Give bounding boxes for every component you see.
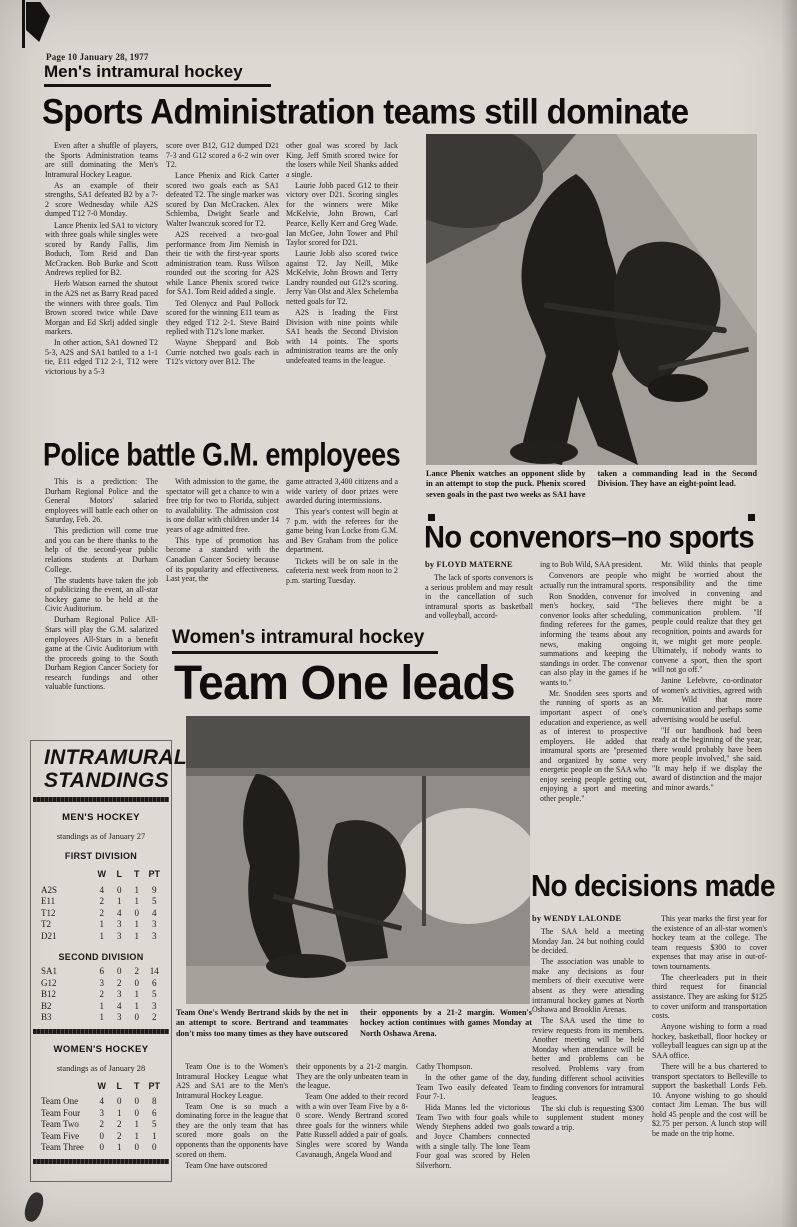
womens-article-col1: Team One is to the Women's Intramural Ho… xyxy=(176,1062,288,1172)
womens-hockey-photo-art xyxy=(186,716,530,1004)
paragraph: Mr. Wild thinks that people might be wor… xyxy=(652,560,762,675)
col-header-t: T xyxy=(128,869,146,881)
paragraph: This is a prediction: The Durham Regiona… xyxy=(45,477,158,525)
paragraph: Mr. Snodden sees sports and the running … xyxy=(540,689,647,804)
paragraph: Team One is to the Women's Intramural Ho… xyxy=(176,1062,288,1100)
paragraph: Janine Lefebvre, co-ordinator of women's… xyxy=(652,676,762,724)
standings-row: T122404 xyxy=(31,908,171,920)
standings-row: Team Four3106 xyxy=(31,1108,171,1120)
decisions-article-col1: by WENDY LALONDE The SAA held a meeting … xyxy=(532,914,644,1134)
stat-value: 0 xyxy=(128,1108,146,1120)
stat-value: 2 xyxy=(111,978,129,990)
paragraph: In the other game of the day, Team Two e… xyxy=(416,1073,530,1102)
standings-header: W L T PT xyxy=(31,1081,171,1093)
stat-value: 6 xyxy=(93,966,111,978)
paragraph: Team One is so much a dominating force i… xyxy=(176,1102,288,1159)
paragraph: "If our handbook had been ready at the b… xyxy=(652,726,762,793)
stat-value: 0 xyxy=(128,1096,146,1108)
standings-row: B122315 xyxy=(31,989,171,1001)
stat-value: 3 xyxy=(111,989,129,1001)
paragraph: The students have taken the job of publi… xyxy=(45,576,158,614)
paragraph: their opponents by a 21-2 margin. They a… xyxy=(296,1062,408,1091)
paragraph: This year's contest will begin at 7 p.m.… xyxy=(286,507,398,555)
stat-value: 6 xyxy=(146,978,164,990)
col-header-w: W xyxy=(93,1081,111,1093)
womens-standings-asof: standings as of January 28 xyxy=(31,1064,171,1073)
stat-value: 2 xyxy=(128,966,146,978)
womens-article-col2: their opponents by a 21-2 margin. They a… xyxy=(296,1062,408,1161)
stat-value: 1 xyxy=(128,896,146,908)
womens-article-col3: Cathy Thompson.In the other game of the … xyxy=(416,1062,530,1172)
mens-article-col3: other goal was scored by Jack King. Jeff… xyxy=(286,141,398,367)
mens-article-col1: Even after a shuffle of players, the Spo… xyxy=(45,141,158,378)
col-header-t: T xyxy=(128,1081,146,1093)
team-name: T12 xyxy=(41,908,93,920)
divider-rule xyxy=(33,1159,169,1164)
standings-title-line1: INTRAMURAL xyxy=(31,747,171,770)
team-name: T2 xyxy=(41,919,93,931)
team-name: Team Five xyxy=(41,1131,93,1143)
team-name: G12 xyxy=(41,978,93,990)
headline-team-one-leads: Team One leads xyxy=(174,654,515,711)
paragraph: The SAA used the time to review requests… xyxy=(532,1016,644,1102)
stat-value: 0 xyxy=(146,1142,164,1154)
second-division-heading: SECOND DIVISION xyxy=(31,952,171,962)
paragraph: Convenors are people who actually run th… xyxy=(540,571,647,590)
stat-value: 4 xyxy=(93,1096,111,1108)
stat-value: 0 xyxy=(111,966,129,978)
headline-police: Police battle G.M. employees xyxy=(43,436,400,474)
paragraph: A2S is leading the First Division with n… xyxy=(286,308,398,365)
byline-floyd-materne: by FLOYD MATERNE xyxy=(425,560,533,570)
paragraph: This type of promotion has become a stan… xyxy=(166,536,279,584)
team-name: Team Three xyxy=(41,1142,93,1154)
stat-value: 0 xyxy=(128,978,146,990)
standings-row: T21313 xyxy=(31,919,171,931)
paragraph: score over B12, G12 dumped D21 7-3 and G… xyxy=(166,141,279,170)
mens-hockey-photo xyxy=(426,134,757,465)
scan-shadow-right xyxy=(781,0,797,1227)
paragraph: The lack of sports convenors is a seriou… xyxy=(425,573,533,621)
team-name: Team One xyxy=(41,1096,93,1108)
stat-value: 3 xyxy=(146,1001,164,1013)
standings-row: B31302 xyxy=(31,1012,171,1024)
col-header-l: L xyxy=(111,1081,129,1093)
paragraph: Lance Phenix led SA1 to victory with thr… xyxy=(45,221,158,278)
standings-row: B21413 xyxy=(31,1001,171,1013)
stat-value: 1 xyxy=(128,885,146,897)
convenors-article-col2: ing to Bob Wild, SAA president.Convenors… xyxy=(540,560,647,805)
police-article-col2: With admission to the game, the spectato… xyxy=(166,477,279,585)
team-name: A2S xyxy=(41,885,93,897)
stat-value: 2 xyxy=(111,1131,129,1143)
decisions-article-col2: This year marks the first year for the e… xyxy=(652,914,767,1140)
standings-row: G123206 xyxy=(31,978,171,990)
paragraph: In other action, SA1 downed T2 5-3, A2S … xyxy=(45,338,158,376)
scan-smudge-bottom-left xyxy=(22,1190,46,1223)
convenors-article-col1: by FLOYD MATERNE The lack of sports conv… xyxy=(425,560,533,622)
col-header-pt: PT xyxy=(146,869,164,881)
womens-hockey-heading: WOMEN'S HOCKEY xyxy=(31,1044,171,1055)
paragraph: Wayne Sheppard and Bob Currie notched tw… xyxy=(166,338,279,367)
police-article-col1: This is a prediction: The Durham Regiona… xyxy=(45,477,158,693)
stat-value: 1 xyxy=(111,896,129,908)
stat-value: 4 xyxy=(111,908,129,920)
stat-value: 4 xyxy=(111,1001,129,1013)
stat-value: 4 xyxy=(93,885,111,897)
stat-value: 14 xyxy=(146,966,164,978)
paragraph: The ski club is requesting $300 to suppl… xyxy=(532,1104,644,1133)
paragraph: The cheerleaders put in their third requ… xyxy=(652,973,767,1021)
headline-convenors: No convenors–no sports xyxy=(424,520,754,556)
standings-row: Team Two2215 xyxy=(31,1119,171,1131)
paragraph: There will be a bus chartered to transpo… xyxy=(652,1062,767,1139)
stat-value: 0 xyxy=(93,1131,111,1143)
team-name: Team Four xyxy=(41,1108,93,1120)
divider-rule xyxy=(33,1029,169,1034)
stat-value: 2 xyxy=(93,989,111,1001)
paragraph: game attracted 3,400 citizens and a wide… xyxy=(286,477,398,506)
first-division-heading: FIRST DIVISION xyxy=(31,851,171,861)
convenors-article-col3: Mr. Wild thinks that people might be wor… xyxy=(652,560,762,794)
mens-standings-asof: standings as of January 27 xyxy=(31,832,171,841)
paragraph: Hida Manns led the victorious Team Two w… xyxy=(416,1103,530,1170)
stat-value: 3 xyxy=(111,1012,129,1024)
stat-value: 1 xyxy=(128,931,146,943)
stat-value: 0 xyxy=(111,1096,129,1108)
stat-value: 1 xyxy=(93,1001,111,1013)
scan-edge-line xyxy=(22,0,25,48)
standings-row: Team Three0100 xyxy=(31,1142,171,1154)
stat-value: 1 xyxy=(93,919,111,931)
stat-value: 3 xyxy=(146,931,164,943)
stat-value: 1 xyxy=(128,919,146,931)
scan-smudge-top-left xyxy=(26,2,50,42)
stat-value: 2 xyxy=(93,896,111,908)
standings-row: D211313 xyxy=(31,931,171,943)
stat-value: 0 xyxy=(128,908,146,920)
col-header-pt: PT xyxy=(146,1081,164,1093)
kicker-mens-hockey: Men's intramural hockey xyxy=(44,62,271,87)
stat-value: 1 xyxy=(128,989,146,1001)
headline-no-decisions: No decisions made xyxy=(531,870,775,905)
team-name: B3 xyxy=(41,1012,93,1024)
stat-value: 2 xyxy=(93,908,111,920)
womens-hockey-photo xyxy=(186,716,530,1004)
stat-value: 2 xyxy=(93,1119,111,1131)
intramural-standings-box: INTRAMURAL STANDINGS MEN'S HOCKEY standi… xyxy=(30,740,172,1182)
standings-header: W L T PT xyxy=(31,869,171,881)
stat-value: 5 xyxy=(146,1119,164,1131)
first-division-rows: A2S4019E112115T122404T21313D211313 xyxy=(31,885,171,943)
stat-value: 0 xyxy=(128,1012,146,1024)
page-folio: Page 10 January 28, 1977 xyxy=(46,52,149,62)
standings-title-line2: STANDINGS xyxy=(31,770,171,793)
stat-value: 1 xyxy=(111,1142,129,1154)
stat-value: 1 xyxy=(93,931,111,943)
womens-photo-caption: Team One's Wendy Bertrand skids by the n… xyxy=(176,1008,532,1054)
second-division-rows: SA160214G123206B122315B21413B31302 xyxy=(31,966,171,1024)
stat-value: 1 xyxy=(128,1131,146,1143)
team-name: SA1 xyxy=(41,966,93,978)
paragraph: other goal was scored by Jack King. Jeff… xyxy=(286,141,398,179)
paragraph: Tickets will be on sale in the cafeteria… xyxy=(286,557,398,586)
byline-wendy-lalonde: by WENDY LALONDE xyxy=(532,914,644,924)
team-name: D21 xyxy=(41,931,93,943)
stat-value: 9 xyxy=(146,885,164,897)
newspaper-page: Page 10 January 28, 1977 Men's intramura… xyxy=(0,0,797,1227)
paragraph: ing to Bob Wild, SAA president. xyxy=(540,560,647,570)
mens-article-col2: score over B12, G12 dumped D21 7-3 and G… xyxy=(166,141,279,368)
headline-sports-admin: Sports Administration teams still domina… xyxy=(42,91,689,132)
team-name: E11 xyxy=(41,896,93,908)
womens-rows: Team One4008Team Four3106Team Two2215Tea… xyxy=(31,1096,171,1154)
police-article-col3: game attracted 3,400 citizens and a wide… xyxy=(286,477,398,587)
paragraph: Herb Watson earned the shutout in the A2… xyxy=(45,279,158,336)
team-name: B2 xyxy=(41,1001,93,1013)
stat-value: 4 xyxy=(146,908,164,920)
stat-value: 1 xyxy=(93,1012,111,1024)
stat-value: 2 xyxy=(146,1012,164,1024)
stat-value: 1 xyxy=(128,1001,146,1013)
paragraph: The association was unable to make any d… xyxy=(532,957,644,1014)
stat-value: 3 xyxy=(146,919,164,931)
stat-value: 2 xyxy=(111,1119,129,1131)
paragraph: Even after a shuffle of players, the Spo… xyxy=(45,141,158,179)
stat-value: 0 xyxy=(111,885,129,897)
standings-row: A2S4019 xyxy=(31,885,171,897)
stat-value: 3 xyxy=(111,931,129,943)
paragraph: Anyone wishing to form a road hockey, ba… xyxy=(652,1022,767,1060)
stat-value: 1 xyxy=(111,1108,129,1120)
paragraph: As an example of their strengths, SA1 de… xyxy=(45,181,158,219)
stat-value: 1 xyxy=(146,1131,164,1143)
paragraph: Cathy Thompson. xyxy=(416,1062,530,1072)
col-header-w: W xyxy=(93,869,111,881)
paragraph: This year marks the first year for the e… xyxy=(652,914,767,971)
stat-value: 8 xyxy=(146,1096,164,1108)
col-header-l: L xyxy=(111,869,129,881)
stat-value: 5 xyxy=(146,989,164,1001)
mens-hockey-photo-art xyxy=(426,134,757,465)
paragraph: With admission to the game, the spectato… xyxy=(166,477,279,534)
stat-value: 3 xyxy=(111,919,129,931)
paragraph: Team One added to their record with a wi… xyxy=(296,1092,408,1159)
standings-row: Team One4008 xyxy=(31,1096,171,1108)
stat-value: 0 xyxy=(93,1142,111,1154)
paragraph: Team One have outscored xyxy=(176,1161,288,1171)
stat-value: 6 xyxy=(146,1108,164,1120)
standings-row: Team Five0211 xyxy=(31,1131,171,1143)
stat-value: 1 xyxy=(128,1119,146,1131)
paragraph: Ted Olenycz and Paul Pollock scored for … xyxy=(166,299,279,337)
stat-value: 0 xyxy=(128,1142,146,1154)
stat-value: 3 xyxy=(93,1108,111,1120)
standings-row: SA160214 xyxy=(31,966,171,978)
team-name: Team Two xyxy=(41,1119,93,1131)
stat-value: 3 xyxy=(93,978,111,990)
paragraph: Ron Snodden, convenor for men's hockey, … xyxy=(540,592,647,688)
team-name: B12 xyxy=(41,989,93,1001)
paragraph: Lance Phenix and Rick Carter scored two … xyxy=(166,171,279,228)
paragraph: Laurie Jobb also scored twice against T2… xyxy=(286,249,398,306)
mens-photo-caption: Lance Phenix watches an opponent slide b… xyxy=(426,469,757,517)
standings-row: E112115 xyxy=(31,896,171,908)
kicker-womens-hockey: Women's intramural hockey xyxy=(172,627,438,654)
paragraph: Laurie Jobb paced G12 to their victory o… xyxy=(286,181,398,248)
divider-rule xyxy=(33,797,169,802)
mens-hockey-heading: MEN'S HOCKEY xyxy=(31,812,171,823)
stat-value: 5 xyxy=(146,896,164,908)
paragraph: This prediction will come true and you c… xyxy=(45,526,158,574)
paragraph: A2S received a two-goal performance from… xyxy=(166,230,279,297)
paragraph: The SAA held a meeting Monday Jan. 24 bu… xyxy=(532,927,644,956)
paragraph: Durham Regional Police All-Stars will pl… xyxy=(45,615,158,692)
